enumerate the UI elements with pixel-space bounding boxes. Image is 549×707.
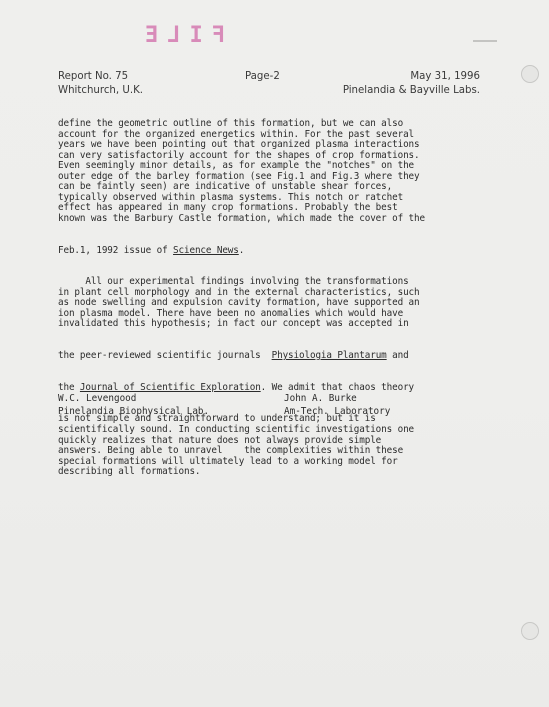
signatory-affiliation: Pinelandia Biophysical Lab.	[58, 405, 209, 418]
body-line: scientifically sound. In conducting scie…	[58, 425, 488, 436]
file-stamp: FILE	[136, 23, 225, 48]
body-line: known was the Barbury Castle formation, …	[58, 214, 488, 225]
reference-science-news: Science News	[173, 245, 239, 256]
signatory-affiliation: Am-Tech. Laboratory	[284, 405, 390, 418]
report-labs: Pinelandia & Bayville Labs.	[343, 84, 480, 98]
scanned-page: FILE Report No. 75 Page-2 May 31, 1996 W…	[0, 0, 549, 707]
document-body: define the geometric outline of this for…	[58, 98, 488, 499]
body-line: answers. Being able to unravel the compl…	[58, 446, 488, 457]
punch-hole-icon	[521, 65, 539, 83]
body-line: the peer-reviewed scientific journals Ph…	[58, 351, 488, 362]
signatory-name: W.C. Levengood	[58, 392, 209, 405]
signature-2: John A. Burke Am-Tech. Laboratory	[284, 392, 390, 418]
scan-mark	[473, 40, 497, 42]
paragraph-2-continued: is not simple and straightforward to und…	[58, 414, 488, 477]
signature-1: W.C. Levengood Pinelandia Biophysical La…	[58, 392, 209, 418]
report-date: May 31, 1996	[410, 70, 480, 84]
report-header: Report No. 75 Page-2 May 31, 1996 Whitch…	[58, 70, 480, 97]
body-line: describing all formations.	[58, 467, 488, 478]
page-number: Page-2	[245, 70, 280, 84]
report-location: Whitchurch, U.K.	[58, 84, 143, 98]
punch-hole-icon	[521, 622, 539, 640]
reference-physiologia-plantarum: Physiologia Plantarum	[272, 350, 387, 361]
body-line: Feb.1, 1992 issue of Science News.	[58, 246, 488, 257]
paragraph-1: define the geometric outline of this for…	[58, 119, 488, 224]
report-number: Report No. 75	[58, 70, 128, 84]
paragraph-2: All our experimental findings involving …	[58, 277, 488, 330]
body-line: invalidated this hypothesis; in fact our…	[58, 319, 488, 330]
signatory-name: John A. Burke	[284, 392, 390, 405]
